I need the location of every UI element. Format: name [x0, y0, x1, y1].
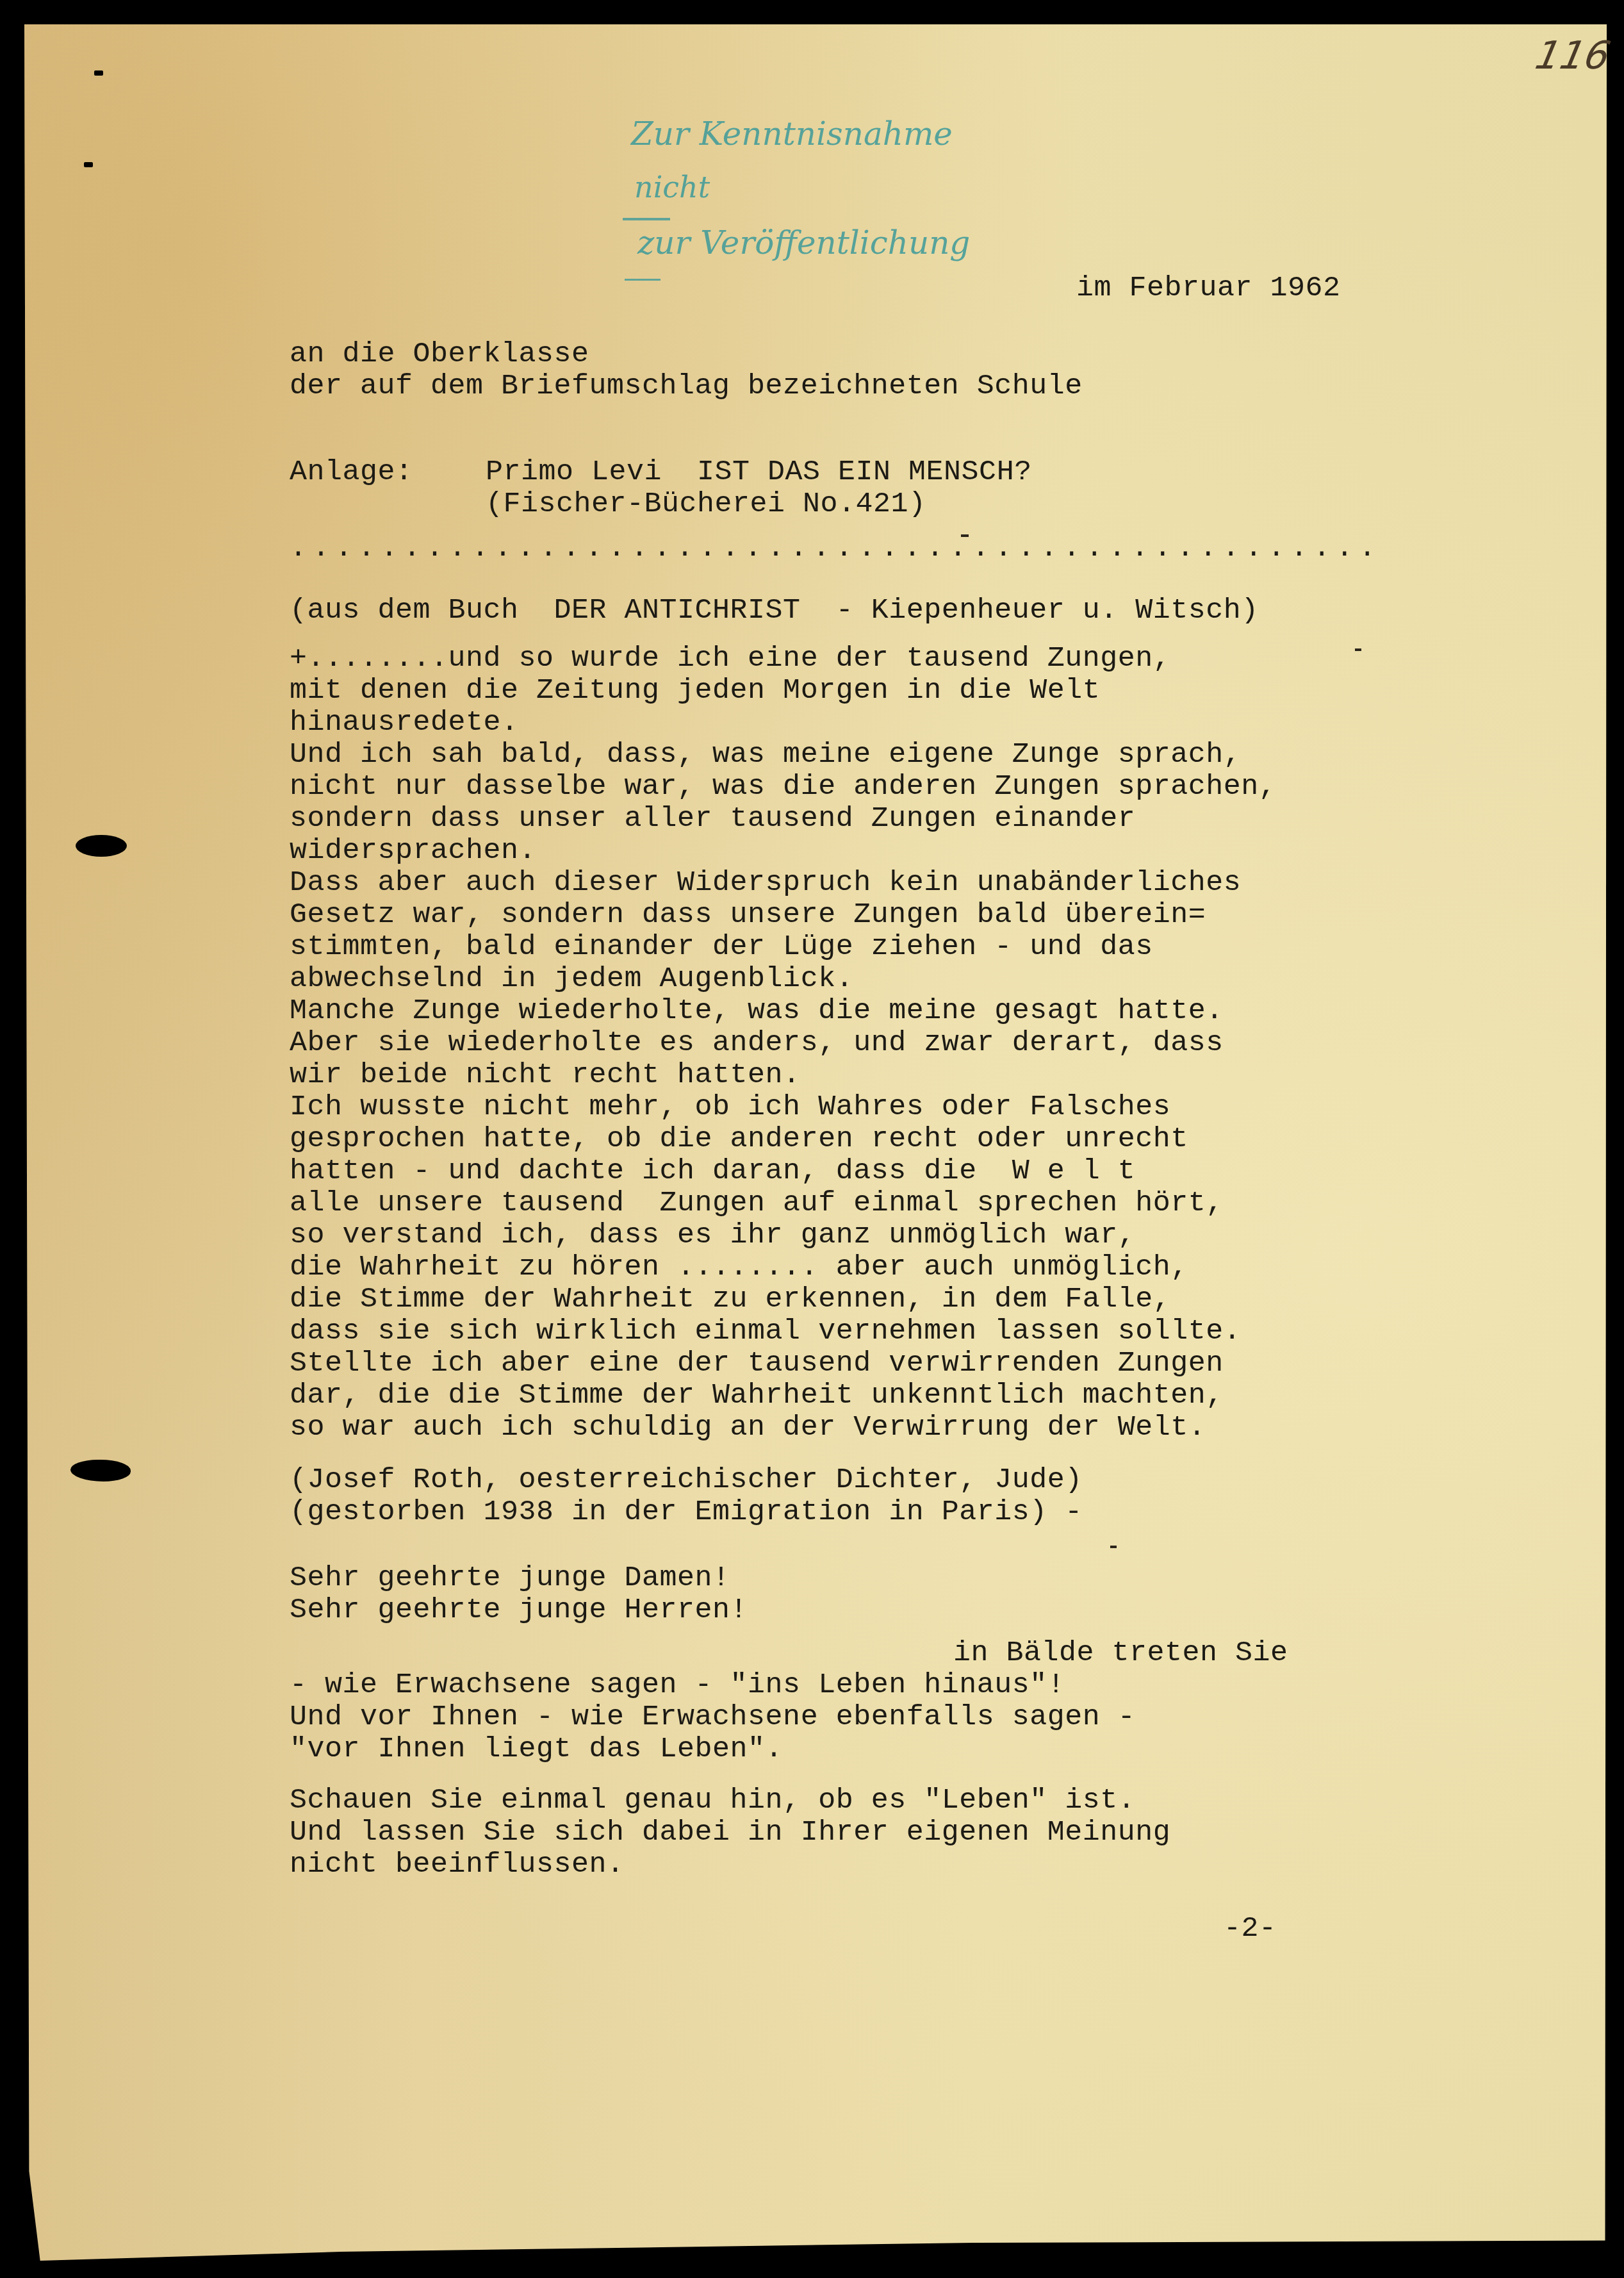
stamp-line-1: Zur Kenntnisnahme — [631, 115, 953, 153]
quote-line: gesprochen hatte, ob die anderen recht o… — [290, 1123, 1188, 1155]
recipient-line-2: der auf dem Briefumschlag bezeichneten S… — [290, 370, 1083, 402]
body-line: - wie Erwachsene sagen - "ins Leben hina… — [290, 1669, 1065, 1701]
enclosure-title: Primo Levi IST DAS EIN MENSCH? — [486, 456, 1032, 488]
closing-line: Und lassen Sie sich dabei in Ihrer eigen… — [290, 1817, 1170, 1849]
typing-mark — [1110, 1546, 1117, 1548]
body-line: Und vor Ihnen - wie Erwachsene ebenfalls… — [290, 1701, 1135, 1733]
quote-line: so verstand ich, dass es ihr ganz unmögl… — [290, 1219, 1135, 1251]
quote-line: nicht nur dasselbe war, was die anderen … — [290, 771, 1276, 803]
quote-line: widersprachen. — [290, 835, 536, 867]
stamp-underline-1 — [623, 218, 670, 220]
quote-line: wir beide nicht recht hatten. — [290, 1059, 801, 1091]
typing-mark — [1355, 648, 1361, 651]
quote-line: alle unsere tausend Zungen auf einmal sp… — [290, 1187, 1224, 1219]
quote-line: Gesetz war, sondern dass unsere Zungen b… — [290, 899, 1206, 931]
quote-line: Dass aber auch dieser Widerspruch kein u… — [290, 867, 1241, 899]
body-line: in Bälde treten Sie — [953, 1637, 1288, 1669]
folio-number: 116 — [1532, 33, 1614, 78]
punch-hole-upper — [76, 835, 127, 857]
quote-line: dass sie sich wirklich einmal vernehmen … — [290, 1316, 1241, 1348]
closing-line: Schauen Sie einmal genau hin, ob es "Leb… — [290, 1785, 1135, 1817]
quote-source: (aus dem Buch DER ANTICHRIST - Kiepenheu… — [290, 595, 1259, 627]
dotted-separator: ........................................… — [290, 532, 1381, 565]
quote-line: Manche Zunge wiederholte, was die meine … — [290, 995, 1224, 1027]
attribution-line-2: (gestorben 1938 in der Emigration in Par… — [290, 1496, 1083, 1528]
recipient-line-1: an die Oberklasse — [290, 338, 589, 370]
quote-line: mit denen die Zeitung jeden Morgen in di… — [290, 675, 1100, 707]
quote-line: so war auch ich schuldig an der Verwirru… — [290, 1412, 1206, 1444]
quote-line: Und ich sah bald, dass, was meine eigene… — [290, 739, 1241, 771]
staple-mark-upper — [94, 70, 103, 76]
quote-line: Stellte ich aber eine der tausend verwir… — [290, 1348, 1224, 1380]
quote-line: sondern dass unser aller tausend Zungen … — [290, 803, 1135, 835]
quote-line: Ich wusste nicht mehr, ob ich Wahres ode… — [290, 1091, 1170, 1123]
quote-line: die Stimme der Wahrheit zu erkennen, in … — [290, 1283, 1170, 1316]
quote-line: abwechselnd in jedem Augenblick. — [290, 963, 853, 995]
salutation-line-1: Sehr geehrte junge Damen! — [290, 1562, 730, 1594]
quote-line: die Wahrheit zu hören ........ aber auch… — [290, 1251, 1188, 1283]
quote-line: Aber sie wiederholte es anders, und zwar… — [290, 1027, 1224, 1059]
quote-line: stimmten, bald einander der Lüge ziehen … — [290, 931, 1153, 963]
quote-line: +........und so wurde ich eine der tause… — [290, 643, 1170, 675]
quote-line: dar, die die Stimme der Wahrheit unkennt… — [290, 1380, 1224, 1412]
enclosure-label: Anlage: — [290, 456, 413, 488]
body-line: "vor Ihnen liegt das Leben". — [290, 1733, 783, 1765]
salutation-line-2: Sehr geehrte junge Herren! — [290, 1594, 748, 1626]
quote-line: hatten - und dachte ich daran, dass die … — [290, 1155, 1135, 1187]
staple-mark-lower — [84, 162, 93, 167]
stamp-underline-2 — [625, 279, 660, 281]
enclosure-publisher: (Fischer-Bücherei No.421) — [486, 488, 926, 520]
closing-line: nicht beeinflussen. — [290, 1849, 625, 1881]
attribution-line-1: (Josef Roth, oesterreichischer Dichter, … — [290, 1464, 1083, 1496]
quote-line: hinausredete. — [290, 707, 519, 739]
letter-date: im Februar 1962 — [1076, 272, 1341, 304]
stamp-line-3: zur Veröffentlichung — [637, 224, 970, 261]
stamp-line-2: nicht — [634, 170, 710, 204]
page-marker: -2- — [1224, 1913, 1277, 1945]
